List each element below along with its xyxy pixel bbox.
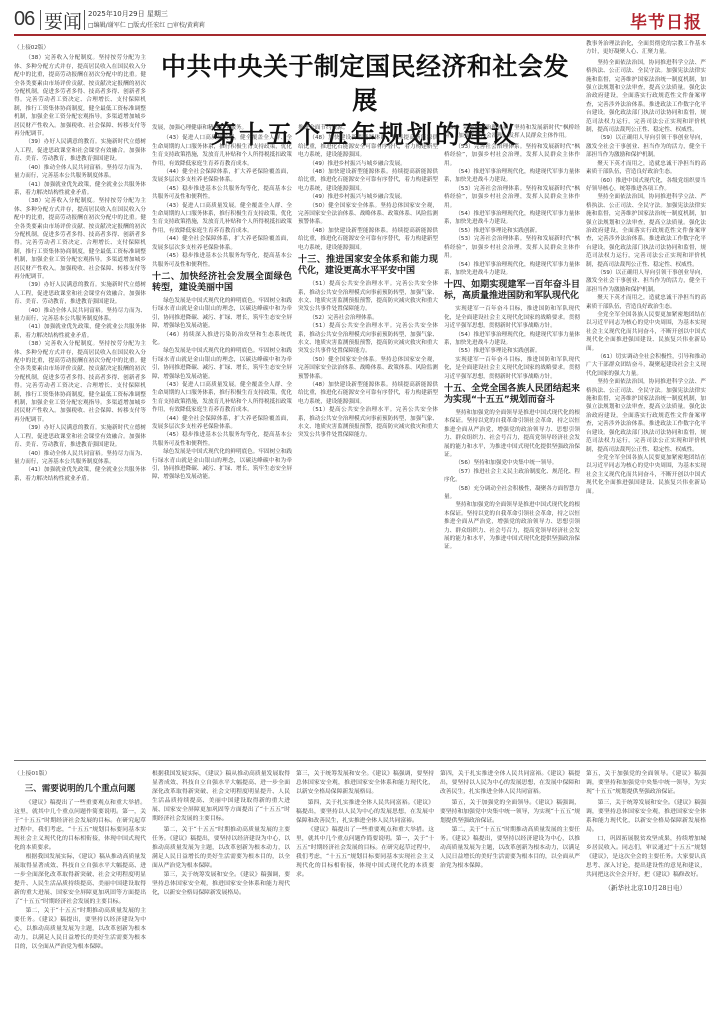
paragraph: （45）稳步推进基本公共服务均等化，提高基本公共服务可及性和便利性。 <box>152 252 292 269</box>
paragraph: （54）推进军事治理现代化，构建现代军事力量体系，加快先进战斗力建设。 <box>444 210 580 227</box>
paragraph: 坚持和加强党的全面领导是推进中国式现代化的根本保证。坚持以党的自我革命引领社会革… <box>444 501 580 551</box>
paragraph: （53）完善社会治理体系。坚持和发展新时代“枫桥经验”，加强乡村社会治理，发挥人… <box>444 143 580 168</box>
divider <box>40 10 41 30</box>
paragraph: （43）促进人口高质量发展。健全覆盖全人群、全生命周期的人口服务体系，推行积极生… <box>152 381 292 415</box>
paragraph: （45）稳步推进基本公共服务均等化，提高基本公共服务可及性和便利性。 <box>152 431 292 448</box>
headline-line-1: 中共中央关于制定国民经济和社会发展 <box>150 50 580 118</box>
paragraph: （48）加快建设新型能源体系。持续提高新能源供给比重，推进化石能源安全可靠有序替… <box>298 381 438 406</box>
paragraph: 坚持全面依法治国，协同推进科学立法、严格执法、公正司法、全民守法。加强宪法法律实… <box>586 59 706 135</box>
lower-column-4: 第四，关于扎实推进全体人民共同富裕。《建议》稿提出，要坚持以人民为中心的发展思想… <box>440 770 580 1020</box>
paragraph: 第二，关于“十五五”时期推动高质量发展的主要任务。《建议》稿提出，要坚持以经济建… <box>152 826 290 871</box>
paragraph: （51）提高公共安全治理水平。完善公共安全体系，推动公共安全治理模式向事前预防转… <box>298 280 438 314</box>
paragraph: （40）推动全体人民共同富裕。坚持尽力而为、量力而行，完善基本公共服务制度体系。 <box>14 307 146 324</box>
paragraph: 发展，加强心理健康和精神卫生服务。 <box>152 124 292 132</box>
paragraph: 绿色发展是中国式现代化的鲜明底色。牢固树立和践行绿水青山就是金山银山的理念，以碳… <box>152 448 292 482</box>
section-name: 要闻 <box>44 7 82 34</box>
article-column-6: 教事务治理法治化，全面贯彻党的宗教工作基本方针，更好凝聚人心、汇聚力量。 坚持全… <box>586 40 706 756</box>
paragraph: （61）切实调动全社会积极性，引导和推动广大干部群众团结奋斗，凝聚起建设社会主义… <box>586 353 706 378</box>
paragraph: 实现建军一百年奋斗目标，推进国防和军队现代化，是全面建设社会主义现代化国家的战略… <box>444 356 580 381</box>
paragraph: （41）加强就业优先政策，健全就业公共服务体系，着力解决结构性就业矛盾。 <box>14 323 146 340</box>
paragraph: 《建议》稿提出了一些重要观点和重大举措。这里，就其中几个重点问题作简要说明。第一… <box>14 799 146 853</box>
divider <box>84 10 85 30</box>
paragraph: （49）推进乡村振兴与城乡融合发展。 <box>298 160 438 168</box>
paragraph: （59）以正确用人导向引领干事创业导向，激发全社会干事创业、担当作为的活力，健全… <box>586 269 706 294</box>
paragraph: 第五，关于加强党的全面领导。《建议》稿强调，要坚持和加强党中央集中统一领导，为实… <box>440 799 580 826</box>
paragraph: （48）加快建设新型能源体系。持续提高新能源供给比重，推进化石能源安全可靠有序替… <box>298 134 438 159</box>
paragraph: （51）提高公共安全治理水平。完善公共安全体系，推动公共安全治理模式向事前预防转… <box>298 322 438 356</box>
paragraph: 推进全面节约资源。 <box>298 124 438 132</box>
article-column-3: 推进全面节约资源。 （48）加快建设新型能源体系。持续提高新能源供给比重，推进化… <box>298 124 438 756</box>
paragraph: （54）推进军事治理现代化，构建现代军事力量体系，加快先进战斗力建设。 <box>444 331 580 348</box>
paragraph: 第四，关于扎实推进全体人民共同富裕。《建议》稿提出，要坚持以人民为中心的发展思想… <box>440 770 580 797</box>
paragraph: （54）推进军事治理现代化，构建现代军事力量体系，加快先进战斗力建设。 <box>444 168 580 185</box>
paragraph: （54）推进军事治理现代化，构建现代军事力量体系，加快先进战斗力建设。 <box>444 261 580 278</box>
paragraph: 坚持全面依法治国，协同推进科学立法、严格执法、公正司法、全民守法。加强宪法法律实… <box>586 193 706 269</box>
paragraph: （41）加强就业优先政策，健全就业公共服务体系，着力解决结构性就业矛盾。 <box>14 181 146 198</box>
paragraph: （48）加快建设新型能源体系。持续提高新能源供给比重，推进化石能源安全可靠有序替… <box>298 227 438 252</box>
dateline: （新华社北京10月28日电） <box>586 884 706 893</box>
paragraph: （49）推进乡村振兴与城乡融合发展。 <box>298 193 438 201</box>
paragraph: 绿色发展是中国式现代化的鲜明底色。牢固树立和践行绿水青山就是金山银山的理念，以碳… <box>152 347 292 381</box>
paragraph: 第二，关于“十五五”时期推动高质量发展的主要任务。《建议》稿提出，要坚持以经济建… <box>14 907 146 952</box>
section-heading-15: 十五、全党全国各族人民团结起来为实现“十五五”规划而奋斗 <box>444 384 580 406</box>
paragraph: （56）坚持和加强党中央集中统一领导。 <box>444 459 580 467</box>
paragraph: 实现建军一百年奋斗目标，推进国防和军队现代化，是全面建设社会主义现代化国家的战略… <box>444 305 580 330</box>
paragraph: （38）完善收入分配制度。坚持按劳分配为主体、多种分配方式并存，提高居民收入在国… <box>14 197 146 281</box>
paragraph: 绿色发展是中国式现代化的鲜明底色。牢固树立和践行绿水青山就是金山银山的理念，以碳… <box>152 297 292 331</box>
paragraph: （53）完善社会治理体系。坚持和发展新时代“枫桥经验”，加强乡村社会治理，发挥人… <box>444 235 580 260</box>
paragraph: （44）健全社会保障体系，扩大养老保险覆盖面，发展多层次多支柱养老保险体系。 <box>152 235 292 252</box>
paragraph: （39）办好人民满意的教育。实施新时代立德树人工程，促进思政课堂和社会课堂有效融… <box>14 424 146 449</box>
article-column-2: 发展，加强心理健康和精神卫生服务。 （43）促进人口高质量发展。健全覆盖全人群、… <box>152 124 292 756</box>
lower-column-5: 第五，关于加强党的全面领导。《建议》稿强调，要坚持和加强党中央集中统一领导，为实… <box>586 770 706 1020</box>
paragraph: （38）完善收入分配制度。坚持按劳分配为主体、多种分配方式并存，提高居民收入在国… <box>14 54 146 138</box>
paragraph: （59）以正确用人导向引领干事创业导向，激发全社会干事创业、担当作为的活力，健全… <box>586 134 706 159</box>
paragraph: （38）完善收入分配制度。坚持按劳分配为主体、多种分配方式并存，提高居民收入在国… <box>14 340 146 424</box>
paragraph: （55）推进军事理论和实践创新。 <box>444 227 580 235</box>
paragraph: （58）充分调动全社会积极性，凝聚各方面智慧力量。 <box>444 485 580 502</box>
paragraph: 第四，关于扎实推进全体人民共同富裕。《建议》稿提出，要坚持以人民为中心的发展思想… <box>296 799 434 826</box>
paragraph: 《建议》稿提出了一些重要观点和重大举措。这里，就其中几个重点问题作简要说明。第一… <box>296 826 434 880</box>
paragraph: （51）提高公共安全治理水平。完善公共安全体系，推动公共安全治理模式向事前预防转… <box>298 406 438 440</box>
paragraph: （53）完善社会治理体系。坚持和发展新时代“枫桥经验”，加强乡村社会治理，发挥人… <box>444 124 580 141</box>
paragraph: （40）推动全体人民共同富裕。坚持尽力而为、量力而行，完善基本公共服务制度体系。 <box>14 450 146 467</box>
paragraph: （53）完善社会治理体系。坚持和发展新时代“枫桥经验”，加强乡村社会治理，发挥人… <box>444 185 580 210</box>
paragraph: 聚天下英才而用之，造就忠诚干净担当的高素质干部队伍，营造良好政治生态。 <box>586 160 706 177</box>
paragraph: （50）健全国家安全体系。坚持总体国家安全观，完善国家安全法治体系、战略体系、政… <box>298 356 438 381</box>
paragraph: （55）推进军事理论和实践创新。 <box>444 347 580 355</box>
paragraph: （46）持续深入推进污染防治攻坚和生态系统优化。 <box>152 331 292 348</box>
paragraph: （50）健全国家安全体系。坚持总体国家安全观，完善国家安全法治体系、战略体系、政… <box>298 202 438 227</box>
section-heading-12: 十二、加快经济社会发展全面绿色转型，建设美丽中国 <box>152 272 292 294</box>
lower-column-2: 根据我国发展实际，《建议》稿从推动高质量发展取得显著成效、科技自立自强水平大幅提… <box>152 770 290 1020</box>
newspaper-logo: 毕节日报 <box>630 8 702 33</box>
subheading: 三、需要说明的几个重点问题 <box>14 782 146 796</box>
paragraph: 第五，关于加强党的全面领导。《建议》稿强调，要坚持和加强党中央集中统一领导，为实… <box>586 770 706 797</box>
paragraph: 坚持和加强党的全面领导是推进中国式现代化的根本保证。坚持以党的自我革命引领社会革… <box>444 409 580 459</box>
section-heading-14: 十四、如期实现建军一百年奋斗目标，高质量推进国防和军队现代化 <box>444 280 580 302</box>
paragraph: 坚持全面依法治国，协同推进科学立法、严格执法、公正司法、全民守法。加强宪法法律实… <box>586 378 706 454</box>
paragraph: 第三，关于统筹发展和安全。《建议》稿强调，要坚持总体国家安全观，推进国家安全体系… <box>152 871 290 898</box>
paragraph: 全党全军全国各族人民要更加紧密地团结在以习近平同志为核心的党中央周围，为基本实现… <box>586 454 706 496</box>
lower-column-1: （上接01版） 三、需要说明的几个重点问题 《建议》稿提出了一些重要观点和重大举… <box>14 770 146 1020</box>
paragraph: （44）健全社会保障体系，扩大养老保险覆盖面，发展多层次多支柱养老保险体系。 <box>152 168 292 185</box>
masthead-rule <box>14 34 706 36</box>
paragraph: 全党全军全国各族人民要更加紧密地团结在以习近平同志为核心的党中央周围，为基本实现… <box>586 311 706 353</box>
article-divider <box>14 760 706 761</box>
paragraph: （39）办好人民满意的教育。实施新时代立德树人工程，促进思政课堂和社会课堂有效融… <box>14 281 146 306</box>
paragraph: （57）推进社会主义民主政治制度化、规范化、程序化。 <box>444 468 580 485</box>
masthead: 06 要闻 2025年10月29日 星期三 □编辑/谢军仁 □版式/任宏红 □审… <box>14 6 706 34</box>
paragraph: （44）健全社会保障体系，扩大养老保险覆盖面，发展多层次多支柱养老保险体系。 <box>152 415 292 432</box>
paragraph: 第三，关于统筹发展和安全。《建议》稿强调，要坚持总体国家安全观，推进国家安全体系… <box>296 770 434 797</box>
editor-credits: □编辑/谢军仁 □版式/任宏红 □审校/黄莉莉 <box>88 20 205 29</box>
article-column-4: （53）完善社会治理体系。坚持和发展新时代“枫桥经验”，加强乡村社会治理，发挥人… <box>444 124 580 756</box>
paragraph: 教事务治理法治化，全面贯彻党的宗教工作基本方针，更好凝聚人心、汇聚力量。 <box>586 40 706 57</box>
paragraph: （60）推进中国式现代化，各级党组织要当好领导核心，统筹推进各项工作。 <box>586 177 706 194</box>
continued-from-label: （上接01版） <box>14 770 146 779</box>
paragraph: 第二，关于“十五五”时期推动高质量发展的主要任务。《建议》稿提出，要坚持以经济建… <box>440 826 580 871</box>
paragraph: （40）推动全体人民共同富裕。坚持尽力而为、量力而行，完善基本公共服务制度体系。 <box>14 164 146 181</box>
paragraph: 根据我国发展实际，《建议》稿从推动高质量发展取得显著成效、科技自立自强水平大幅提… <box>152 770 290 824</box>
issue-date: 2025年10月29日 星期三 <box>88 9 168 19</box>
paragraph: （39）办好人民满意的教育。实施新时代立德树人工程，促进思政课堂和社会课堂有效融… <box>14 138 146 163</box>
paragraph: 第三，关于统筹发展和安全。《建议》稿强调，要坚持总体国家安全观，推进国家安全体系… <box>586 799 706 835</box>
paragraph: （43）促进人口高质量发展。健全覆盖全人群、全生命周期的人口服务体系，推行积极生… <box>152 134 292 168</box>
paragraph: （48）加快建设新型能源体系。持续提高新能源供给比重，推进化石能源安全可靠有序替… <box>298 168 438 193</box>
lower-column-3: 第三，关于统筹发展和安全。《建议》稿强调，要坚持总体国家安全观，推进国家安全体系… <box>296 770 434 1020</box>
continued-from-label: （上接02版） <box>14 44 146 52</box>
paragraph: （43）促进人口高质量发展。健全覆盖全人群、全生命周期的人口服务体系，推行积极生… <box>152 202 292 236</box>
section-heading-13: 十三、推进国家安全体系和能力现代化，建设更高水平平安中国 <box>298 255 438 277</box>
paragraph: （52）完善社会治理体系。 <box>298 314 438 322</box>
page-number: 06 <box>14 8 34 31</box>
paragraph: （45）稳步推进基本公共服务均等化，提高基本公共服务可及性和便利性。 <box>152 185 292 202</box>
paragraph: （41）加强就业优先政策，健全就业公共服务体系，着力解决结构性就业矛盾。 <box>14 466 146 483</box>
paragraph: 根据我国发展实际，《建议》稿从推动高质量发展取得显著成效、科技自立自强水平大幅提… <box>14 853 146 907</box>
paragraph: 口，巩固拓展脱贫攻坚成果，持续增加城乡居民收入。同志们，审议通过“十五五”规划《… <box>586 835 706 880</box>
paragraph: 聚天下英才而用之，造就忠诚干净担当的高素质干部队伍，营造良好政治生态。 <box>586 294 706 311</box>
article-column-1: （上接02版） （38）完善收入分配制度。坚持按劳分配为主体、多种分配方式并存，… <box>14 44 146 756</box>
